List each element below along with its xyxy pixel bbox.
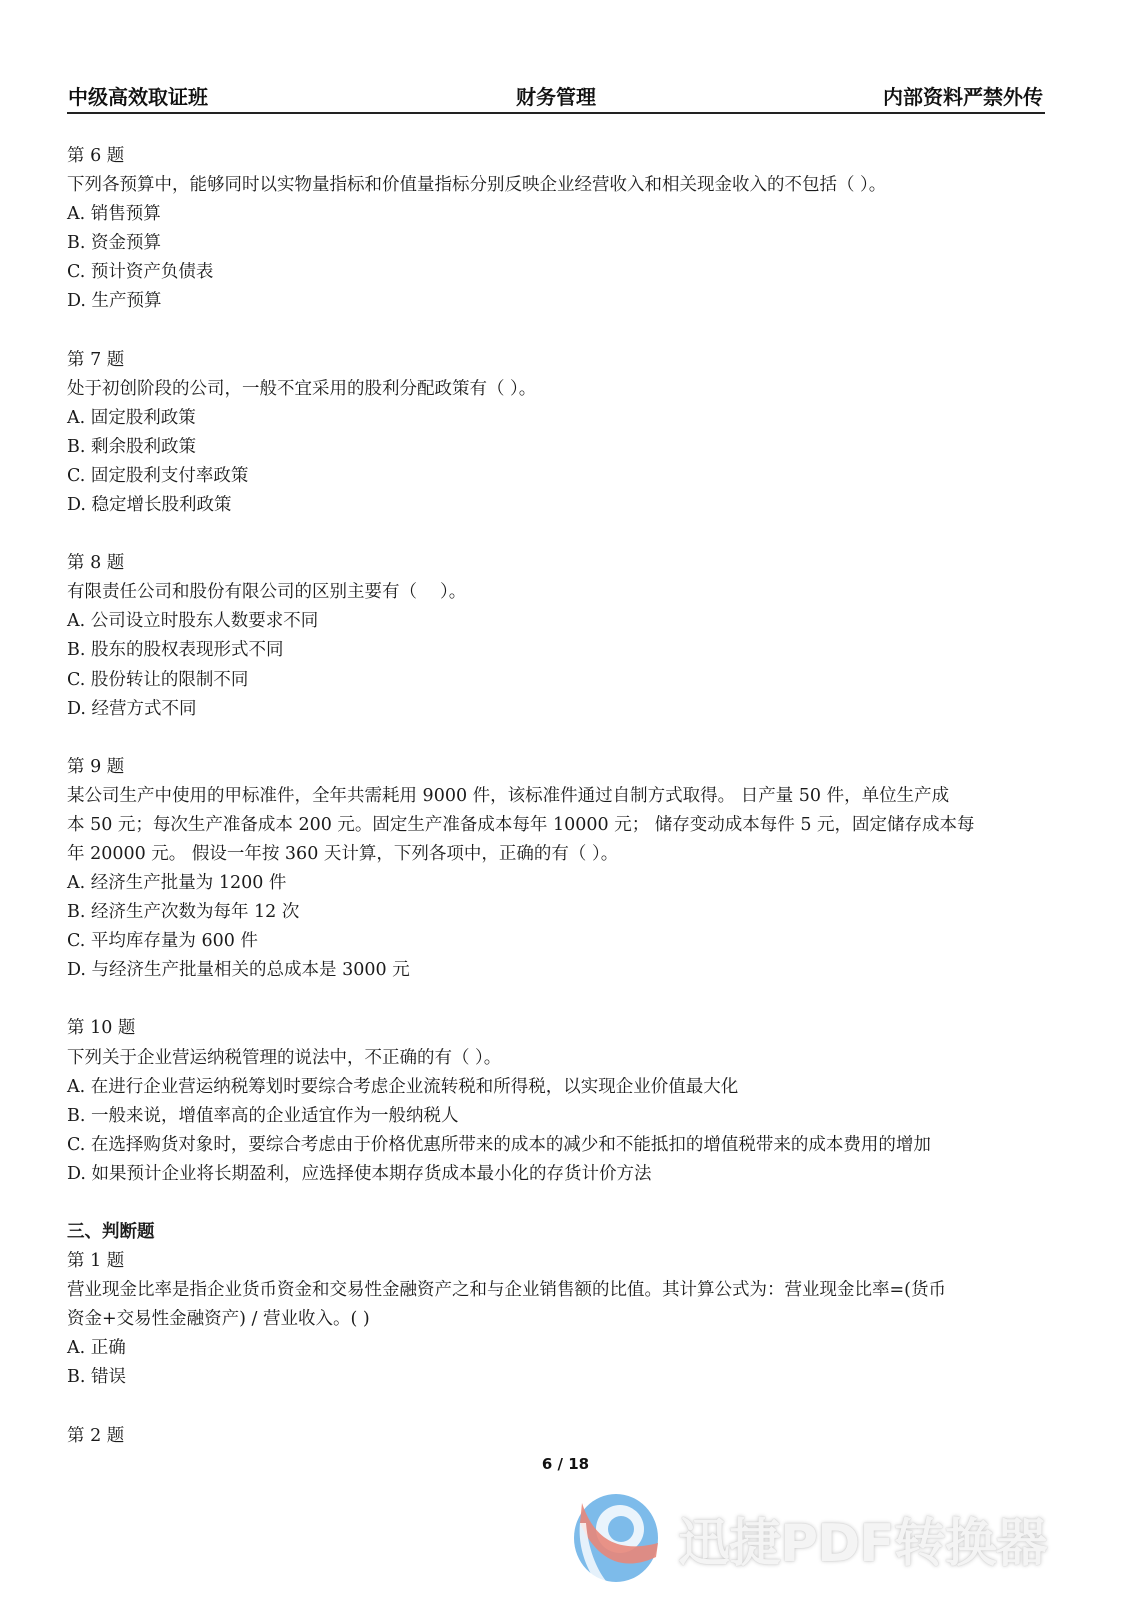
option-c: C. 固定股利支付率政策 bbox=[67, 462, 1047, 491]
watermark-text: 迅捷PDF转换器 bbox=[678, 1501, 1047, 1576]
question-stem-line-1: 某公司生产中使用的甲标准件，全年共需耗用 9000 件，该标准件通过自制方式取得… bbox=[67, 782, 1047, 811]
option-a: A. 经济生产批量为 1200 件 bbox=[67, 869, 1047, 898]
question-6: 第 6 题 下列各预算中，能够同时以实物量指标和价值量指标分别反映企业经营收入和… bbox=[67, 142, 1047, 317]
option-c: C. 股份转让的限制不同 bbox=[67, 666, 1047, 695]
question-title: 第 8 题 bbox=[67, 549, 1047, 578]
option-b: B. 经济生产次数为每年 12 次 bbox=[67, 898, 1047, 927]
page-content: 第 6 题 下列各预算中，能够同时以实物量指标和价值量指标分别反映企业经营收入和… bbox=[67, 142, 1047, 1451]
header-confidential-notice: 内部资料严禁外传 bbox=[883, 81, 1043, 110]
question-title: 第 7 题 bbox=[67, 346, 1047, 375]
question-stem: 下列各预算中，能够同时以实物量指标和价值量指标分别反映企业经营收入和相关现金收入… bbox=[67, 171, 1047, 200]
option-b: B. 一般来说，增值率高的企业适宜作为一般纳税人 bbox=[67, 1102, 1047, 1131]
question-stem: 处于初创阶段的公司，一般不宜采用的股利分配政策有（ ）。 bbox=[67, 375, 1047, 404]
question-title: 第 1 题 bbox=[67, 1247, 1047, 1276]
section-true-false: 三、判断题 第 1 题 营业现金比率是指企业货币资金和交易性金融资产之和与企业销… bbox=[67, 1218, 1047, 1451]
question-7: 第 7 题 处于初创阶段的公司，一般不宜采用的股利分配政策有（ ）。 A. 固定… bbox=[67, 346, 1047, 521]
tf-question-1: 第 1 题 营业现金比率是指企业货币资金和交易性金融资产之和与企业销售额的比值。… bbox=[67, 1247, 1047, 1392]
option-a: A. 在进行企业营运纳税筹划时要综合考虑企业流转税和所得税，以实现企业价值最大化 bbox=[67, 1073, 1047, 1102]
option-b: B. 资金预算 bbox=[67, 229, 1047, 258]
option-c: C. 预计资产负债表 bbox=[67, 258, 1047, 287]
option-a: A. 公司设立时股东人数要求不同 bbox=[67, 607, 1047, 636]
question-stem-line-1: 营业现金比率是指企业货币资金和交易性金融资产之和与企业销售额的比值。其计算公式为… bbox=[67, 1276, 1047, 1305]
question-title: 第 2 题 bbox=[67, 1422, 1047, 1451]
question-stem: 有限责任公司和股份有限公司的区别主要有（ ）。 bbox=[67, 578, 1047, 607]
question-title: 第 6 题 bbox=[67, 142, 1047, 171]
question-stem: 下列关于企业营运纳税管理的说法中，不正确的有（ ）。 bbox=[67, 1044, 1047, 1073]
question-stem-line-2: 资金+交易性金融资产) / 营业收入。( ) bbox=[67, 1305, 1047, 1334]
question-title: 第 9 题 bbox=[67, 753, 1047, 782]
option-b: B. 错误 bbox=[67, 1363, 1047, 1392]
option-a: A. 正确 bbox=[67, 1334, 1047, 1363]
option-c: C. 平均库存量为 600 件 bbox=[67, 927, 1047, 956]
option-d: D. 经营方式不同 bbox=[67, 695, 1047, 724]
page-number: 6 / 18 bbox=[0, 1455, 1131, 1473]
question-stem-line-3: 年 20000 元。 假设一年按 360 天计算，下列各项中，正确的有（ ）。 bbox=[67, 840, 1047, 869]
option-b: B. 剩余股利政策 bbox=[67, 433, 1047, 462]
option-a: A. 销售预算 bbox=[67, 200, 1047, 229]
option-a: A. 固定股利政策 bbox=[67, 404, 1047, 433]
option-c: C. 在选择购货对象时，要综合考虑由于价格优惠所带来的成本的减少和不能抵扣的增值… bbox=[67, 1131, 1047, 1160]
tf-question-2: 第 2 题 bbox=[67, 1422, 1047, 1451]
option-b: B. 股东的股权表现形式不同 bbox=[67, 636, 1047, 665]
question-stem-line-2: 本 50 元；每次生产准备成本 200 元。固定生产准备成本每年 10000 元… bbox=[67, 811, 1047, 840]
question-10: 第 10 题 下列关于企业营运纳税管理的说法中，不正确的有（ ）。 A. 在进行… bbox=[67, 1014, 1047, 1189]
option-d: D. 稳定增长股利政策 bbox=[67, 491, 1047, 520]
watermark: 迅捷PDF转换器 bbox=[572, 1488, 1092, 1588]
option-d: D. 与经济生产批量相关的总成本是 3000 元 bbox=[67, 956, 1047, 985]
question-8: 第 8 题 有限责任公司和股份有限公司的区别主要有（ ）。 A. 公司设立时股东… bbox=[67, 549, 1047, 724]
xunjie-pdf-logo-icon bbox=[572, 1493, 660, 1583]
option-d: D. 如果预计企业将长期盈利，应选择使本期存货成本最小化的存货计价方法 bbox=[67, 1160, 1047, 1189]
page-header: 中级高效取证班 财务管理 内部资料严禁外传 bbox=[67, 78, 1045, 114]
question-9: 第 9 题 某公司生产中使用的甲标准件，全年共需耗用 9000 件，该标准件通过… bbox=[67, 753, 1047, 986]
option-d: D. 生产预算 bbox=[67, 287, 1047, 316]
question-title: 第 10 题 bbox=[67, 1014, 1047, 1043]
section-title: 三、判断题 bbox=[67, 1218, 1047, 1247]
